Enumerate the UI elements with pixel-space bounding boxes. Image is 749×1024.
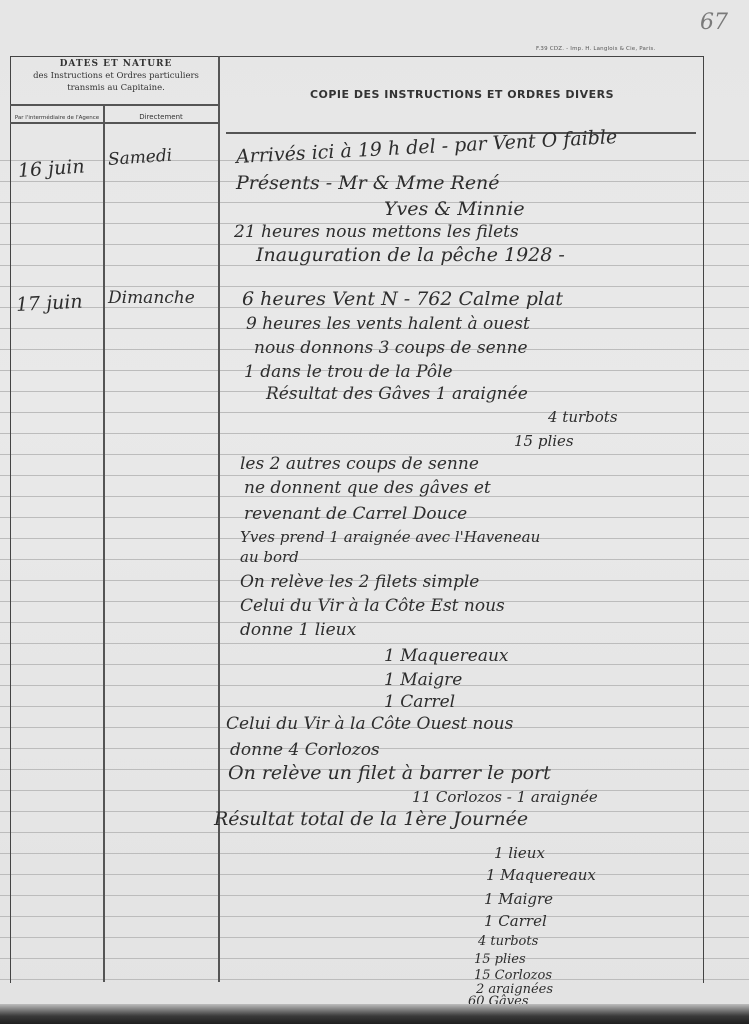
column-divider-date — [103, 104, 105, 982]
total-item: 15 Corlozos — [474, 968, 552, 983]
entry-line: 9 heures les vents halent à ouest — [246, 314, 530, 334]
main-column-header: COPIE DES INSTRUCTIONS ET ORDRES DIVERS — [226, 88, 698, 101]
entry-line: donne 4 Corlozos — [230, 740, 380, 760]
entry-line: 1 dans le trou de la Pôle — [244, 362, 453, 382]
entry-day: Dimanche — [108, 288, 195, 308]
total-item: 1 Maquereaux — [486, 866, 596, 884]
left-header-title: DATES ET NATURE des Instructions et Ordr… — [16, 58, 216, 94]
entry-date: 16 juin — [17, 155, 85, 182]
entry-line: Celui du Vir à la Côte Est nous — [240, 596, 505, 616]
entry-line: ne donnent que des gâves et — [244, 478, 491, 498]
page-number: 67 — [700, 10, 728, 35]
header-rule-left — [10, 104, 218, 106]
entry-line: au bord — [240, 548, 299, 566]
left-header-line-3: transmis au Capitaine. — [16, 82, 216, 94]
page-edge-shadow — [0, 1004, 749, 1024]
header-rule-left-sub — [10, 122, 218, 124]
entry-line: 21 heures nous mettons les filets — [234, 222, 519, 242]
entry-line: 4 turbots — [548, 408, 618, 426]
entry-line: Celui du Vir à la Côte Ouest nous — [226, 714, 513, 734]
entry-line: revenant de Carrel Douce — [244, 504, 467, 524]
left-header-line-2: des Instructions et Ordres particuliers — [16, 70, 216, 82]
entry-line: 11 Corlozos - 1 araignée — [412, 788, 598, 806]
entry-line: les 2 autres coups de senne — [240, 454, 479, 474]
entry-line: donne 1 lieux — [240, 620, 356, 640]
entry-line: 1 Maigre — [384, 670, 462, 690]
entry-line: 6 heures Vent N - 762 Calme plat — [242, 288, 563, 310]
entry-line: Présents - Mr & Mme René — [236, 172, 500, 194]
entry-line: 1 Carrel — [384, 692, 455, 712]
column-divider-main — [218, 56, 220, 982]
entry-line: Résultat des Gâves 1 araignée — [266, 384, 528, 404]
entry-line: 1 Maquereaux — [384, 646, 509, 666]
column-header-agency: Par l'intermédiaire de l'Agence — [12, 115, 102, 121]
printer-note: F.39 CDZ. - Imp. H. Langlois & Cie, Pari… — [536, 46, 655, 52]
entry-line: Inauguration de la pêche 1928 - — [256, 244, 565, 266]
total-item: 15 plies — [474, 952, 526, 967]
entry-line: Yves & Minnie — [384, 198, 525, 220]
entry-date: 17 juin — [15, 291, 83, 316]
entry-line: On relève un filet à barrer le port — [228, 762, 551, 784]
entry-line: nous donnons 3 coups de senne — [254, 338, 528, 358]
total-item: 4 turbots — [478, 934, 538, 949]
logbook-page: 67 F.39 CDZ. - Imp. H. Langlois & Cie, P… — [0, 0, 749, 1010]
entry-line: Résultat total de la 1ère Journée — [214, 808, 528, 830]
total-item: 1 Carrel — [484, 912, 547, 930]
entry-line: 15 plies — [514, 432, 574, 450]
entry-line: On relève les 2 filets simple — [240, 572, 479, 592]
entry-line: Yves prend 1 araignée avec l'Haveneau — [240, 528, 540, 546]
left-header-line-1: DATES ET NATURE — [16, 58, 216, 70]
column-header-direct: Directement — [105, 113, 217, 121]
total-item: 1 Maigre — [484, 890, 553, 908]
total-item: 1 lieux — [494, 844, 545, 862]
